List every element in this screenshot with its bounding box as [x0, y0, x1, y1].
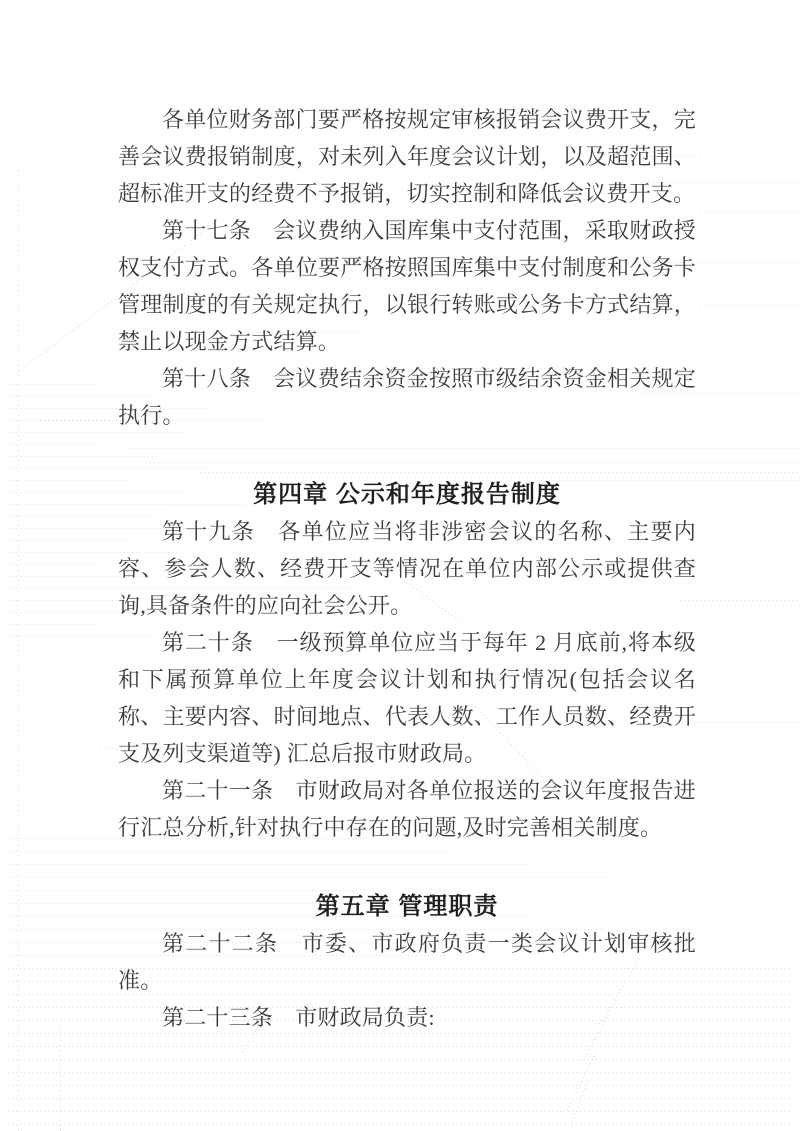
- body-paragraph: 第二十三条 市财政局负责:: [118, 999, 696, 1036]
- scan-dot-line: [8, 1059, 792, 1060]
- scan-dot-line: [8, 1072, 792, 1073]
- body-paragraph: 第十九条 各单位应当将非涉密会议的名称、主要内容、参会人数、经费开支等情况在单位…: [118, 513, 696, 624]
- scan-dot-line: [8, 1098, 792, 1099]
- chapter-heading: 第五章 管理职责: [118, 888, 696, 925]
- scan-dot-line: [8, 1111, 792, 1112]
- body-paragraph: 第二十条 一级预算单位应当于每年 2 月底前,将本级和下属预算单位上年度会议计划…: [118, 624, 696, 772]
- scan-dot-vline: [60, 1025, 61, 1131]
- scan-crease-line: [566, 1052, 597, 1112]
- body-paragraph: 第十七条 会议费纳入国库集中支付范围，采取财政授权支付方式。各单位要严格按照国库…: [118, 212, 696, 360]
- body-paragraph: 第二十一条 市财政局对各单位报送的会议年度报告进行汇总分析,针对执行中存在的问题…: [118, 772, 696, 846]
- scan-dot-line: [8, 1124, 792, 1125]
- scan-dot-line: [8, 1085, 792, 1086]
- document-body: 各单位财务部门要严格按规定审核报销会议费开支，完善会议费报销制度，对未列入年度会…: [0, 0, 800, 1036]
- chapter-heading: 第四章 公示和年度报告制度: [118, 476, 696, 513]
- body-paragraph: 第二十二条 市委、市政府负责一类会议计划审核批准。: [118, 925, 696, 999]
- body-paragraph: 第十八条 会议费结余资金按照市级结余资金相关规定执行。: [118, 360, 696, 434]
- scan-dot-line: [8, 1046, 792, 1047]
- scanned-document-page: 各单位财务部门要严格按规定审核报销会议费开支，完善会议费报销制度，对未列入年度会…: [0, 0, 800, 1131]
- body-paragraph: 各单位财务部门要严格按规定审核报销会议费开支，完善会议费报销制度，对未列入年度会…: [118, 101, 696, 212]
- scan-crease-line: [570, 1080, 589, 1128]
